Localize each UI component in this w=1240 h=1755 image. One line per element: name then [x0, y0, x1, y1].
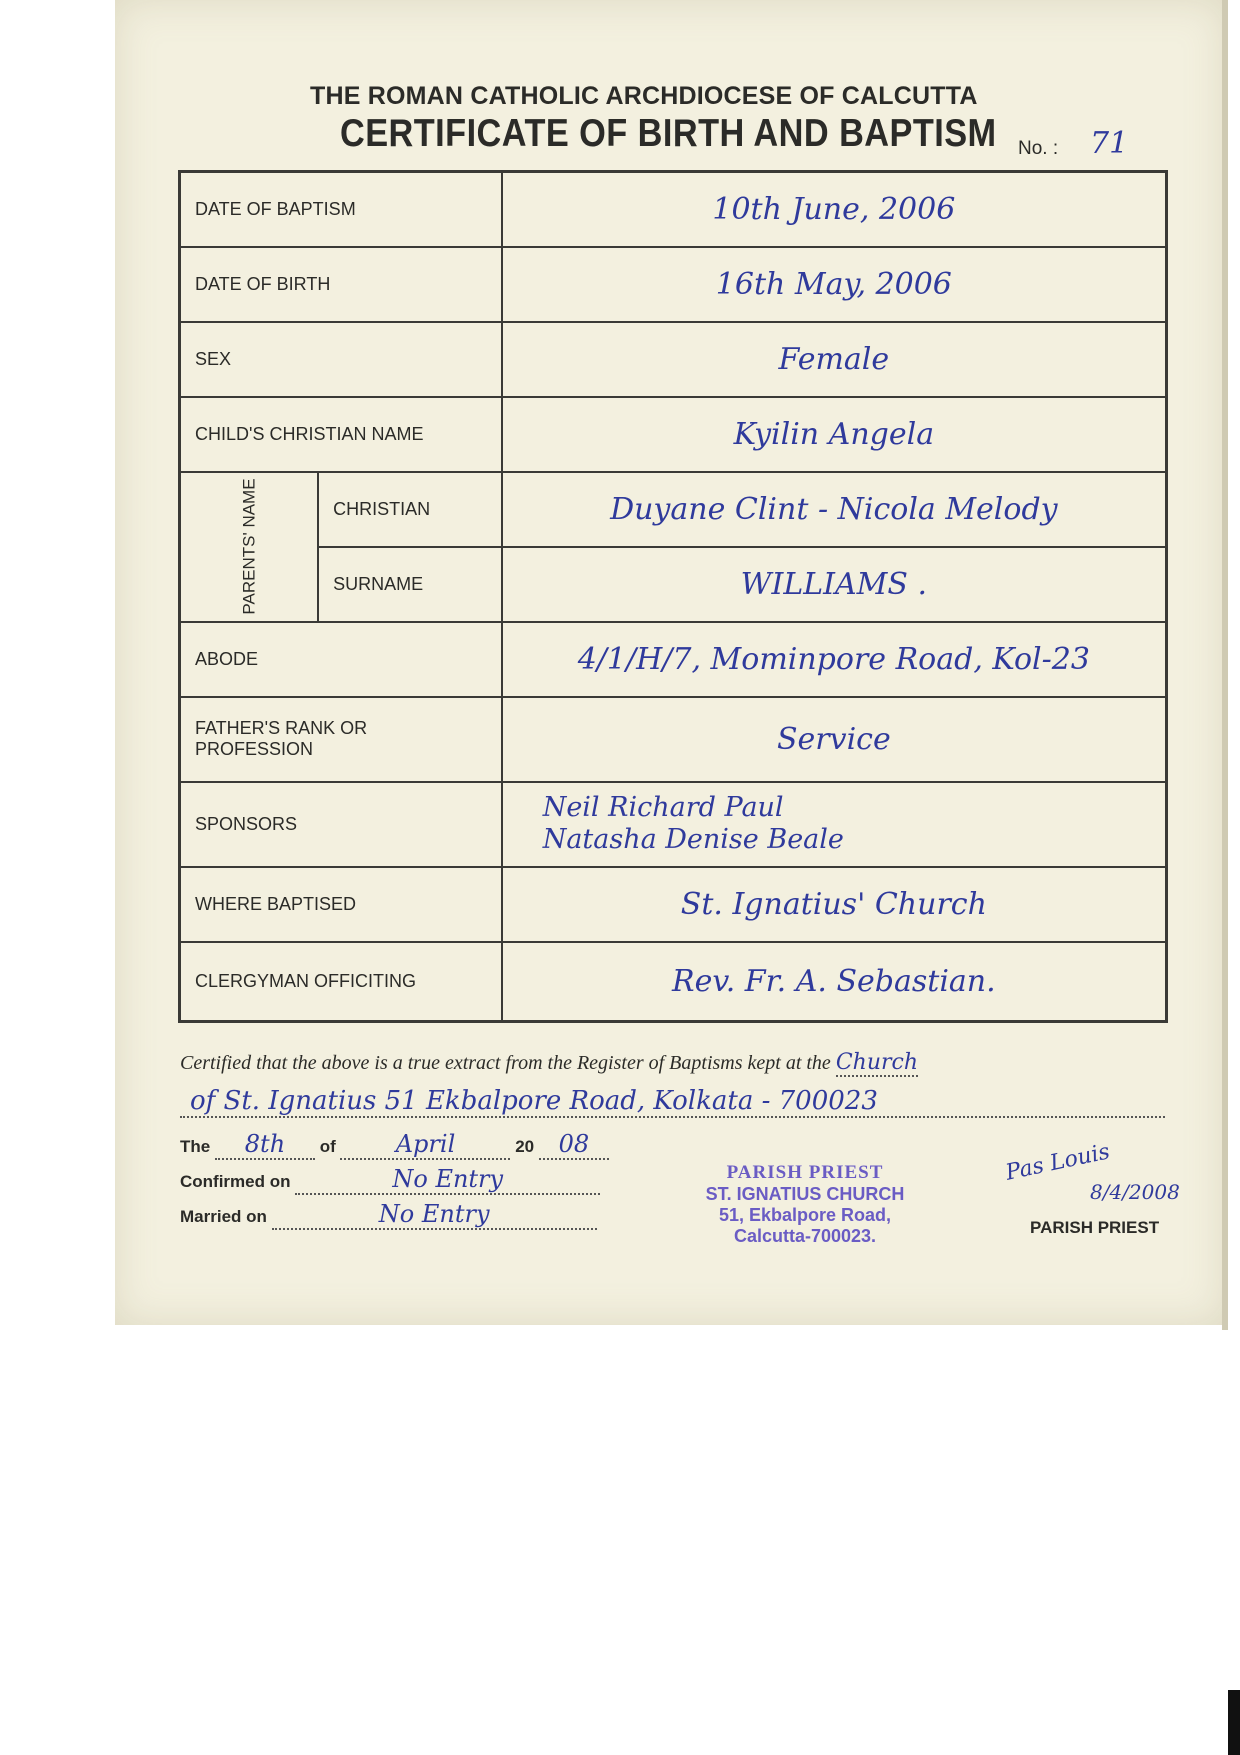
row-where-baptised: WHERE BAPTISED St. Ignatius' Church: [180, 867, 1167, 942]
of-label: of: [320, 1137, 336, 1156]
certification-place-part1: Church: [836, 1050, 918, 1077]
label-date-of-birth: DATE OF BIRTH: [180, 247, 502, 322]
row-abode: ABODE 4/1/H/7, Mominpore Road, Kol-23: [180, 622, 1167, 697]
label-clergyman: CLERGYMAN OFFICITING: [180, 942, 502, 1022]
stamp-line-1: PARISH PRIEST: [615, 1162, 995, 1184]
parish-priest-label: PARISH PRIEST: [1030, 1218, 1159, 1238]
parents-name-vertical-text: PARENTS' NAME: [240, 478, 259, 614]
label-sex: SEX: [180, 322, 502, 397]
parish-stamp: PARISH PRIEST ST. IGNATIUS CHURCH 51, Ek…: [615, 1162, 995, 1247]
label-abode: ABODE: [180, 622, 502, 697]
stamp-line-4: Calcutta-700023.: [615, 1226, 995, 1247]
certification-text: Certified that the above is a true extra…: [180, 1052, 831, 1074]
the-label: The: [180, 1137, 210, 1156]
certificate-form-table: DATE OF BAPTISM 10th June, 2006 DATE OF …: [178, 170, 1168, 1023]
sponsor-1: Neil Richard Paul: [543, 792, 1151, 824]
row-date-of-birth: DATE OF BIRTH 16th May, 2006: [180, 247, 1167, 322]
label-parents-surname: SURNAME: [318, 547, 502, 622]
label-father-profession: FATHER'S RANK OR PROFESSION: [180, 697, 502, 782]
certification-place-part2: of St. Ignatius 51 Ekbalpore Road, Kolka…: [180, 1086, 1165, 1118]
row-date-of-baptism: DATE OF BAPTISM 10th June, 2006: [180, 172, 1167, 247]
value-sponsors: Neil Richard Paul Natasha Denise Beale: [502, 782, 1167, 867]
label-child-name: CHILD'S CHRISTIAN NAME: [180, 397, 502, 472]
married-row: Married on No Entry: [180, 1200, 597, 1230]
certification-statement: Certified that the above is a true extra…: [180, 1050, 1170, 1077]
value-father-profession: Service: [502, 697, 1167, 782]
married-value: No Entry: [272, 1200, 597, 1230]
scan-edge-mark: [1228, 1690, 1240, 1755]
label-where-baptised: WHERE BAPTISED: [180, 867, 502, 942]
parents-name-group-label: PARENTS' NAME: [180, 472, 319, 622]
row-parents-christian: PARENTS' NAME CHRISTIAN Duyane Clint - N…: [180, 472, 1167, 547]
value-date-of-baptism: 10th June, 2006: [502, 172, 1167, 247]
sponsor-2: Natasha Denise Beale: [543, 824, 1151, 856]
confirmed-label: Confirmed on: [180, 1172, 291, 1191]
row-father-profession: FATHER'S RANK OR PROFESSION Service: [180, 697, 1167, 782]
confirmed-value: No Entry: [295, 1165, 600, 1195]
issue-day: 8th: [215, 1130, 315, 1160]
row-clergyman: CLERGYMAN OFFICITING Rev. Fr. A. Sebasti…: [180, 942, 1167, 1022]
row-sex: SEX Female: [180, 322, 1167, 397]
signature-date: 8/4/2008: [1090, 1180, 1180, 1204]
issue-year: 08: [539, 1130, 609, 1160]
issue-date-row: The 8th of April 20 08: [180, 1130, 609, 1160]
paper-edge: [1222, 0, 1228, 1330]
archdiocese-heading: THE ROMAN CATHOLIC ARCHDIOCESE OF CALCUT…: [310, 82, 1070, 111]
row-child-name: CHILD'S CHRISTIAN NAME Kyilin Angela: [180, 397, 1167, 472]
certificate-number-value: 71: [1090, 126, 1128, 161]
confirmed-row: Confirmed on No Entry: [180, 1165, 600, 1195]
row-sponsors: SPONSORS Neil Richard Paul Natasha Denis…: [180, 782, 1167, 867]
row-parents-surname: SURNAME WILLIAMS .: [180, 547, 1167, 622]
stamp-line-2: ST. IGNATIUS CHURCH: [615, 1184, 995, 1205]
label-date-of-baptism: DATE OF BAPTISM: [180, 172, 502, 247]
value-child-name: Kyilin Angela: [502, 397, 1167, 472]
year-prefix: 20: [515, 1137, 534, 1156]
value-clergyman: Rev. Fr. A. Sebastian.: [502, 942, 1167, 1022]
value-date-of-birth: 16th May, 2006: [502, 247, 1167, 322]
value-abode: 4/1/H/7, Mominpore Road, Kol-23: [502, 622, 1167, 697]
value-where-baptised: St. Ignatius' Church: [502, 867, 1167, 942]
value-parents-christian: Duyane Clint - Nicola Melody: [502, 472, 1167, 547]
label-parents-christian: CHRISTIAN: [318, 472, 502, 547]
certificate-title: CERTIFICATE OF BIRTH AND BAPTISM: [340, 112, 997, 156]
label-sponsors: SPONSORS: [180, 782, 502, 867]
value-sex: Female: [502, 322, 1167, 397]
stamp-line-3: 51, Ekbalpore Road,: [615, 1205, 995, 1226]
issue-month: April: [340, 1130, 510, 1160]
certificate-number-label: No. :: [1018, 138, 1058, 160]
value-parents-surname: WILLIAMS .: [502, 547, 1167, 622]
married-label: Married on: [180, 1207, 267, 1226]
